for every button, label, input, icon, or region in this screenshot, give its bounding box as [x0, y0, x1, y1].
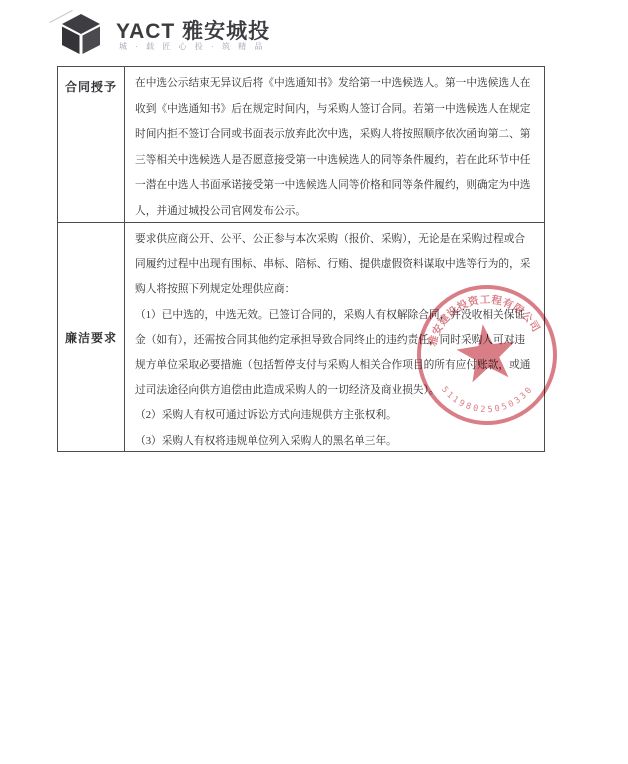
text-line: 在中选公示结束无异议后将《中选通知书》发给第一中选候选人。第一中选候选人在: [135, 71, 534, 97]
integrity-requirements-text: 要求供应商公开、公平、公正参与本次采购（报价、采购），无论是在采购过程或合同履约…: [125, 223, 544, 451]
text-line: 规方单位采取必要措施（包括暂停支付与采购人相关合作项目的所有应付账款，或通: [135, 353, 534, 378]
text-line: （1）已中选的，中选无效。已签订合同的，采购人有权解除合同，并没收相关保证: [135, 303, 534, 328]
contract-award-text: 在中选公示结束无异议后将《中选通知书》发给第一中选候选人。第一中选候选人在收到《…: [125, 67, 544, 223]
text-line: （3）采购人有权将违规单位列入采购人的黑名单三年。: [135, 429, 534, 451]
cube-logo-icon: [58, 11, 104, 57]
brand-tagline: 城 · 载 匠 心 投 · 筑 精 品: [119, 41, 265, 52]
document-page: YACT 雅安城投 城 · 载 匠 心 投 · 筑 精 品 合同授予 在中选公示…: [0, 0, 628, 764]
text-line: 过司法途径向供方追偿由此造成采购人的一切经济及商业损失）。: [135, 378, 534, 403]
terms-table: 合同授予 在中选公示结束无异议后将《中选通知书》发给第一中选候选人。第一中选候选…: [57, 66, 545, 452]
text-line: 时间内拒不签订合同或书面表示放弃此次中选，采购人将按照顺序依次函询第二、第: [135, 122, 534, 148]
row-label-integrity-requirements: 廉洁要求: [58, 223, 125, 451]
text-line: 三等相关中选候选人是否愿意接受第一中选候选人的同等条件履约，若在此环节中任: [135, 148, 534, 174]
text-line: 同履约过程中出现有围标、串标、陪标、行贿、提供虚假资料谋取中选等行为的，采: [135, 252, 534, 277]
text-line: 金（如有），还需按合同其他约定承担导致合同终止的违约责任，同时采购人可对违: [135, 328, 534, 353]
text-line: 购人将按照下列规定处理供应商：: [135, 277, 534, 302]
text-line: （2）采购人有权可通过诉讼方式向违规供方主张权利。: [135, 403, 534, 428]
text-line: 要求供应商公开、公平、公正参与本次采购（报价、采购），无论是在采购过程或合: [135, 227, 534, 252]
text-line: 一潜在中选人书面承诺接受第一中选候选人同等价格和同等条件履约，则确定为中选: [135, 173, 534, 199]
row-label-contract-award: 合同授予: [58, 67, 125, 223]
text-line: 人，并通过城投公司官网发布公示。: [135, 199, 534, 224]
text-line: 收到《中选通知书》后在规定时间内，与采购人签订合同。若第一中选候选人在规定: [135, 97, 534, 123]
